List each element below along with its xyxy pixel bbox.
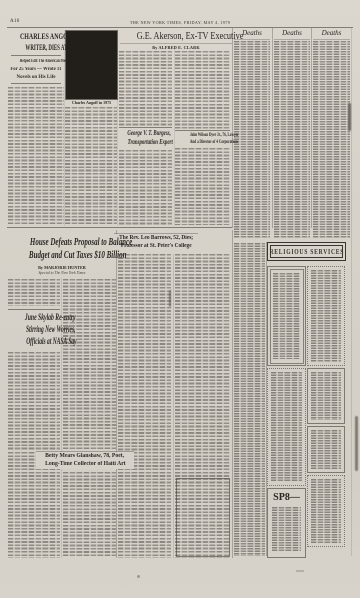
akerson-rule <box>120 43 232 44</box>
religious-ad-box <box>267 266 306 366</box>
house-body-text <box>8 279 60 306</box>
burgess-headline: George V. T. Burgess, Transportation Exp… <box>118 129 173 147</box>
scan-speck <box>137 575 140 578</box>
section-rule <box>7 227 232 228</box>
burgess-body-text <box>119 150 172 225</box>
deaths-column-header: Deaths <box>274 29 310 37</box>
religious-services-banner: RELIGIOUS SERVICES <box>267 242 346 261</box>
scan-smudge <box>348 103 351 131</box>
middle-column-text <box>118 254 171 558</box>
deaths-rule <box>274 39 310 40</box>
dyer-body-text <box>175 148 230 225</box>
house-headline: House Defeats Proposal to Balance Budget… <box>8 236 116 262</box>
skylab-rule <box>8 309 60 310</box>
religious-ad-text <box>311 270 341 362</box>
religious-ad-text <box>271 372 302 482</box>
deaths-column-header: Deaths <box>313 29 350 37</box>
religious-services-banner-frame: RELIGIOUS SERVICES <box>270 245 343 258</box>
right-margin-rule <box>351 28 352 556</box>
scan-smudge <box>169 290 171 307</box>
religious-ad-text <box>311 479 341 543</box>
lower-left-column-text <box>63 472 116 558</box>
deaths-listings <box>313 41 350 238</box>
angoff-deck-line2: For 25 Years — Wrote 11 <box>10 66 61 74</box>
column-rule <box>232 28 233 228</box>
middle-column-boxed-notice <box>176 478 230 557</box>
column-rule <box>272 28 273 228</box>
religious-ad-box <box>307 368 345 424</box>
glanshaw-headline: Betty Mears Glanshaw, 78, Poet, Long-Tim… <box>36 452 134 469</box>
burgess-rule <box>119 127 172 128</box>
page-folio: A16 <box>10 19 20 24</box>
angoff-headline: CHARLES ANGOFF, WRITER, DIES AT 77 <box>8 31 64 53</box>
angoff-rule <box>11 83 61 84</box>
masthead-rule <box>7 27 353 28</box>
deaths-rule <box>234 39 270 40</box>
dyer-headline: John Wilson Dyer Jr., 76, Lawyer And a D… <box>175 132 230 146</box>
akerson-body-text <box>119 51 172 126</box>
scan-speck <box>296 570 304 572</box>
religious-ad-text <box>273 273 300 359</box>
house-body-text <box>63 279 116 450</box>
religious-services-banner-label: RELIGIOUS SERVICES <box>269 247 344 256</box>
column-rule <box>232 230 233 558</box>
religious-ad-text <box>311 372 341 420</box>
deaths-listings-continued <box>234 243 265 556</box>
religious-ad-box <box>267 368 306 486</box>
akerson-body-text <box>175 51 230 129</box>
deaths-rule <box>313 39 350 40</box>
akerson-headline: G.E. Akerson, Ex-TV Executive <box>119 30 232 42</box>
deaths-listings <box>274 41 310 238</box>
angoff-rule <box>11 55 61 56</box>
house-byline-credit: Special to The New York Times <box>8 271 116 275</box>
column-rule <box>173 254 174 558</box>
angoff-deck: Helped Edit The American Mercury For 25 … <box>8 58 64 82</box>
column-rule <box>117 30 118 226</box>
scan-smudge <box>355 416 358 471</box>
angoff-portrait-photo <box>66 31 117 99</box>
column-rule <box>311 28 312 228</box>
religious-ad-box <box>307 266 345 366</box>
religious-ad-box <box>307 426 345 473</box>
skylab-body-text <box>8 352 60 450</box>
angoff-body-text <box>8 87 64 225</box>
newspaper-page-scan: A16 THE NEW YORK TIMES, FRIDAY, MAY 4, 1… <box>0 0 360 598</box>
dyer-rule <box>175 130 230 131</box>
deaths-listings <box>234 41 270 238</box>
religious-ad-text <box>272 507 301 552</box>
angoff-body-text-col2 <box>65 107 117 225</box>
akerson-byline: By ALFRED E. CLARK <box>120 45 232 50</box>
angoff-photo-caption: Charles Angoff in 1975 <box>63 100 120 105</box>
deaths-column-header: Deaths <box>234 29 270 37</box>
skylab-headline: June Skylab Re-entry Stirring New Worrie… <box>8 312 60 348</box>
sp8-ad-title: SP8— <box>268 492 305 503</box>
masthead-dateline: THE NEW YORK TIMES, FRIDAY, MAY 4, 1979 <box>80 20 280 25</box>
religious-ad-text <box>311 430 341 469</box>
house-byline: By MARJORIE HUNTER <box>8 265 116 270</box>
column-rule <box>116 230 117 558</box>
angoff-deck-line3: Novels on His Life <box>16 74 55 82</box>
religious-ad-box <box>307 475 345 547</box>
religious-ad-box-sp8: SP8— <box>267 488 306 558</box>
